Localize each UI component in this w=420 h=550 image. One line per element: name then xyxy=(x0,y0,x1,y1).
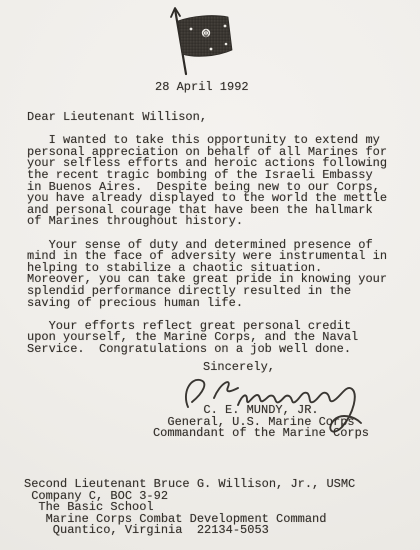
salutation: Dear Lieutenant Willison, xyxy=(27,112,407,124)
paragraph-1: I wanted to take this opportunity to ext… xyxy=(27,135,407,228)
paragraph-3: Your efforts reflect great personal cred… xyxy=(27,321,407,356)
signer-title2: Commandant of the Marine Corps xyxy=(111,428,411,440)
recipient-address: Second Lieutenant Bruce G. Willison, Jr.… xyxy=(24,479,355,537)
letter-page: 28 April 1992 Dear Lieutenant Willison, … xyxy=(0,0,420,550)
signature-block: C. E. MUNDY, JR. General, U.S. Marine Co… xyxy=(111,405,411,440)
letter-body: Dear Lieutenant Willison, I wanted to ta… xyxy=(27,112,407,367)
usmc-flag-icon xyxy=(166,5,238,79)
paragraph-2: Your sense of duty and determined presen… xyxy=(27,240,407,310)
date-line: 28 April 1992 xyxy=(155,82,249,94)
